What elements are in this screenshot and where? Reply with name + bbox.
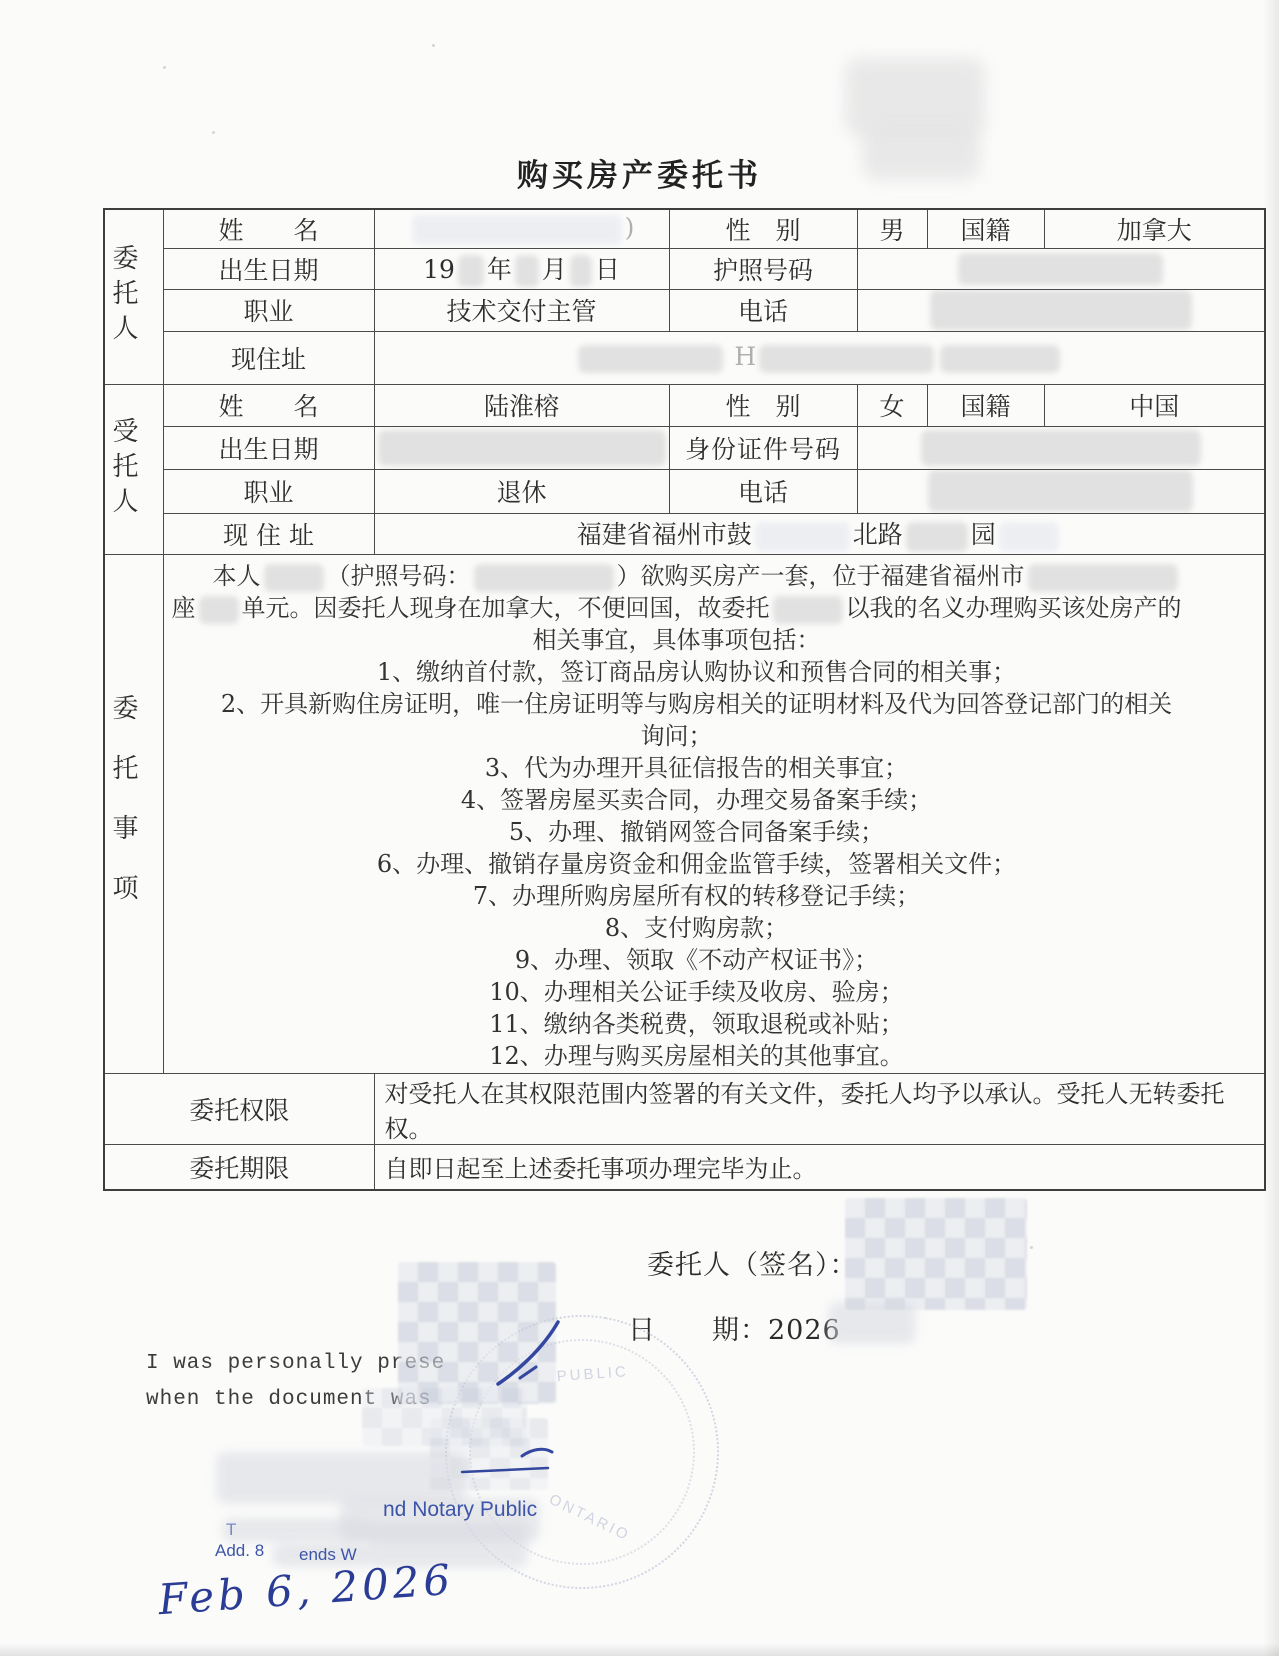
- trustee-phone-label: 电话: [669, 469, 857, 513]
- matters-line: 6、办理、撤销存量房资金和佣金监管手续，签署相关文件；: [172, 848, 1182, 880]
- trustee-job-value: 退休: [374, 469, 669, 513]
- principal-gender-value: 男: [857, 209, 927, 248]
- matters-line: 8、支付购房款；: [172, 912, 1182, 944]
- principal-passport-value: [857, 248, 1265, 289]
- document-title: 购买房产委托书: [0, 150, 1279, 195]
- principal-address-label: 现住址: [163, 331, 374, 384]
- principal-passport-label: 护照号码: [669, 248, 857, 289]
- matters-content: 本人（护照号码：）欲购买房产一套，位于福建省福州市座单元。因委托人现身在加拿大，…: [164, 555, 1182, 1072]
- principal-birth-label: 出生日期: [163, 248, 374, 289]
- trustee-nationality-value: 中国: [1044, 384, 1265, 426]
- trustee-job-label: 职业: [163, 469, 374, 513]
- redacted-notary-tel: [222, 1518, 372, 1542]
- principal-job-label: 职业: [163, 289, 374, 331]
- scan-edge-bottom: [0, 1643, 1279, 1656]
- principal-nationality-value: 加拿大: [1044, 209, 1265, 248]
- matters-line: 座单元。因委托人现身在加拿大，不便回国，故委托以我的名义办理购买该处房产的: [172, 592, 1182, 624]
- matters-line: 3、代为办理开具征信报告的相关事宜；: [172, 752, 1182, 784]
- trustee-gender-label: 性 别: [669, 384, 857, 426]
- notary-address-fragment-1: Add. 8: [215, 1541, 264, 1561]
- scan-edge-right: [1263, 0, 1279, 1656]
- principal-birth-value: 19年月日: [374, 248, 669, 289]
- trustee-name-value: 陆淮榕: [374, 384, 669, 426]
- scan-speck: [1030, 1246, 1033, 1249]
- matters-line: 11、缴纳各类税费，领取退税或补贴；: [172, 1008, 1182, 1040]
- principal-phone-value: [857, 289, 1265, 331]
- trustee-birth-label: 出生日期: [163, 426, 374, 469]
- principal-name-value: ): [374, 209, 669, 248]
- trustee-name-label: 姓 名: [163, 384, 374, 426]
- principal-phone-label: 电话: [669, 289, 857, 331]
- matters-line: 7、办理所购房屋所有权的转移登记手续；: [172, 880, 1182, 912]
- trustee-id-value: [857, 426, 1265, 469]
- scan-speck: [212, 131, 215, 134]
- matters-line: 1、缴纳首付款，签订商品房认购协议和预售合同的相关事；: [172, 656, 1182, 688]
- matters-line: 10、办理相关公证手续及收房、验房；: [172, 976, 1182, 1008]
- redacted-notary-signature: [398, 1262, 556, 1404]
- matters-line: 相关事宜，具体事项包括：: [172, 624, 1182, 656]
- trustee-id-label: 身份证件号码: [669, 426, 857, 469]
- trustee-nationality-label: 国籍: [927, 384, 1044, 426]
- matters-line: 12、办理与购买房屋相关的其他事宜。: [172, 1040, 1182, 1072]
- signer-label: 委托人（签名）：: [647, 1243, 858, 1282]
- section-label-principal: 委托人: [105, 244, 142, 349]
- authority-content: 对受托人在其权限范围内签署的有关文件，委托人均予以承认。受托人无转委托权。: [374, 1073, 1265, 1144]
- principal-gender-label: 性 别: [669, 209, 857, 248]
- trustee-address-value: 福建省福州市鼓北路园: [374, 513, 1265, 554]
- matters-line: 5、办理、撤销网签合同备案手续；: [172, 816, 1182, 848]
- duration-label: 委托期限: [104, 1144, 374, 1190]
- notary-tel-fragment: T: [226, 1520, 236, 1540]
- principal-address-value: H: [374, 331, 1265, 384]
- trustee-birth-value: [374, 426, 669, 469]
- scan-speck: [432, 44, 435, 47]
- redacted-notary-name: [216, 1452, 466, 1504]
- poa-table: 委托人 姓 名 ) 性 别 男 国籍 加拿大 出生日期 19年月日 护照号码 职…: [103, 208, 1266, 1191]
- redacted-signature: [845, 1198, 1027, 1310]
- matters-line: 9、办理、领取《不动产权证书》；: [172, 944, 1182, 976]
- duration-content: 自即日起至上述委托事项办理完毕为止。: [374, 1144, 1265, 1190]
- handwritten-date: Feb 6, 2026: [157, 1555, 456, 1625]
- principal-name-label: 姓 名: [163, 209, 374, 248]
- notary-title-fragment: nd Notary Public: [383, 1498, 537, 1522]
- scan-speck: [163, 66, 166, 69]
- trustee-address-label: 现 住 址: [163, 513, 374, 554]
- matters-line: 4、签署房屋买卖合同，办理交易备案手续；: [172, 784, 1182, 816]
- principal-nationality-label: 国籍: [927, 209, 1044, 248]
- redacted-date: [828, 1302, 916, 1344]
- section-label-trustee: 受托人: [105, 417, 142, 522]
- trustee-gender-value: 女: [857, 384, 927, 426]
- section-label-matters: 委托事项: [105, 694, 142, 934]
- principal-job-value: 技术交付主管: [374, 289, 669, 331]
- authority-label: 委托权限: [104, 1073, 374, 1144]
- matters-line: 2、开具新购住房证明，唯一住房证明等与购房相关的证明材料及代为回答登记部门的相关…: [172, 688, 1182, 752]
- matters-line: 本人（护照号码：）欲购买房产一套，位于福建省福州市: [172, 560, 1182, 592]
- trustee-phone-value: [857, 469, 1265, 513]
- scanned-power-of-attorney-document: 购买房产委托书 委托人 姓 名 ) 性 别 男 国籍 加拿大 出生日期 19年月…: [0, 0, 1279, 1656]
